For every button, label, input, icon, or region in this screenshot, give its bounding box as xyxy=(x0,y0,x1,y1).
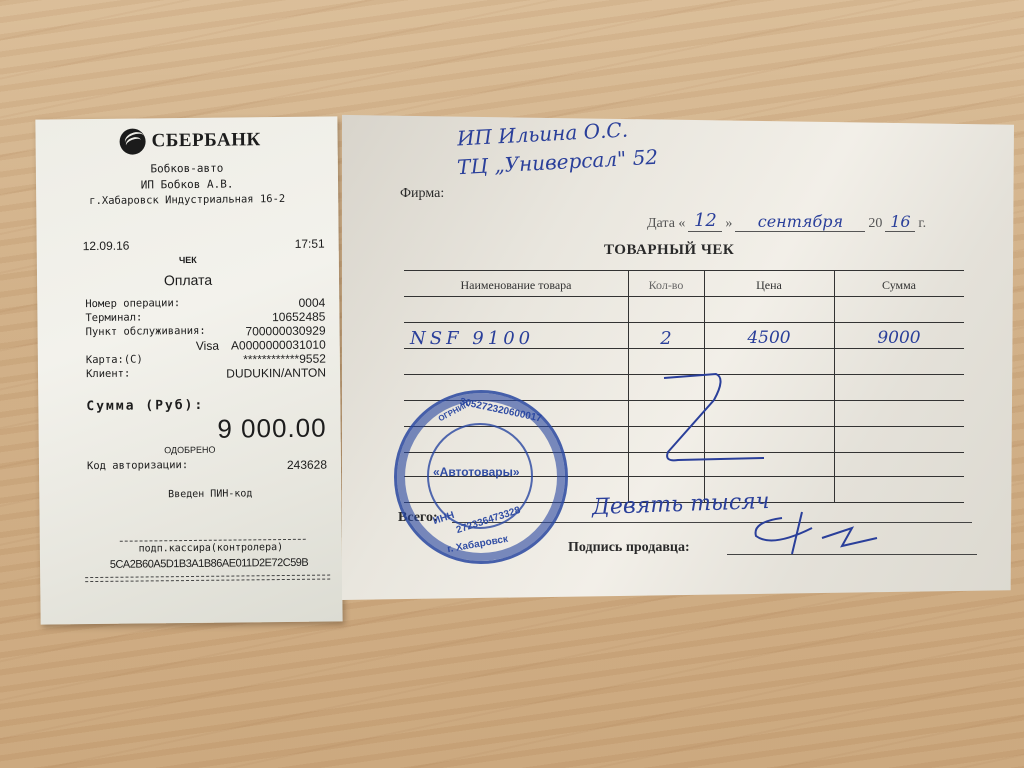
date-month: сентября xyxy=(735,212,865,232)
seller-signature-label: Подпись продавца: xyxy=(568,540,690,556)
date-day: 12 xyxy=(688,210,722,232)
column-header: Цена xyxy=(704,278,834,293)
sum-value: 9 000.00 xyxy=(217,413,327,445)
operation-type: Оплата xyxy=(37,270,339,289)
column-header: Наименование товара xyxy=(404,278,628,293)
item-name: NSF 9100 xyxy=(410,328,534,349)
sberbank-card-slip: СБЕРБАНК Бобков-авто ИП Бобков А.В. г.Ха… xyxy=(35,116,342,624)
field-row: Клиент:DUDUKIN/ANTON xyxy=(86,366,326,383)
transaction-hash: 5CA2B60A5D1B3A1B86AE011D2E72C59B xyxy=(76,556,342,571)
approval-status: ОДОБРЕНО xyxy=(39,443,341,456)
sum-label: Сумма (Руб): xyxy=(86,398,204,414)
merchant-address: г.Хабаровск Индустриальная 16-2 xyxy=(36,192,338,207)
sales-receipt: ИП Ильина О.С. ТЦ „Универсал" 52 Фирма: … xyxy=(342,110,1014,600)
sberbank-logo: СБЕРБАНК xyxy=(119,127,260,154)
merchant-name: Бобков-авто xyxy=(36,160,338,176)
handwritten-seller: ИП Ильина О.С. xyxy=(456,118,628,151)
receipt-title: ТОВАРНЫЙ ЧЕК xyxy=(604,242,734,259)
column-header: Кол-во xyxy=(628,278,704,293)
company-stamp: ОГРНИП 305272320600017 «Автотовары» ИНН … xyxy=(394,390,568,564)
date-year: 16 xyxy=(885,212,915,232)
pin-note: Введен ПИН-код xyxy=(79,487,341,501)
stamp-inn-label: ИНН xyxy=(432,510,456,527)
doc-type: ЧЕК xyxy=(37,253,339,266)
item-qty: 2 xyxy=(628,328,704,349)
seller-signature xyxy=(742,498,892,558)
auth-code-row: Код авторизации:243628 xyxy=(87,458,327,475)
column-header: Сумма xyxy=(834,278,964,293)
logo-text: СБЕРБАНК xyxy=(151,129,260,152)
item-price: 4500 xyxy=(704,328,834,348)
slip-date: 12.09.16 xyxy=(83,239,130,253)
strikeout-mark xyxy=(654,370,774,470)
stamp-city: г. Хабаровск xyxy=(447,534,509,555)
stamp-center-text: «Автотовары» xyxy=(433,465,520,479)
item-sum: 9000 xyxy=(834,328,964,348)
date-line: Дата « 12 » сентября 20 16 г. xyxy=(647,210,926,232)
sberbank-logo-icon xyxy=(119,128,145,154)
merchant-owner: ИП Бобков А.В. xyxy=(36,176,338,192)
double-dashed-line xyxy=(85,575,330,583)
firm-label: Фирма: xyxy=(400,186,444,202)
cashier-signature-label: подп.кассира(контролера) xyxy=(80,541,342,555)
handwritten-location: ТЦ „Универсал" 52 xyxy=(457,145,659,179)
slip-time: 17:51 xyxy=(295,237,325,251)
